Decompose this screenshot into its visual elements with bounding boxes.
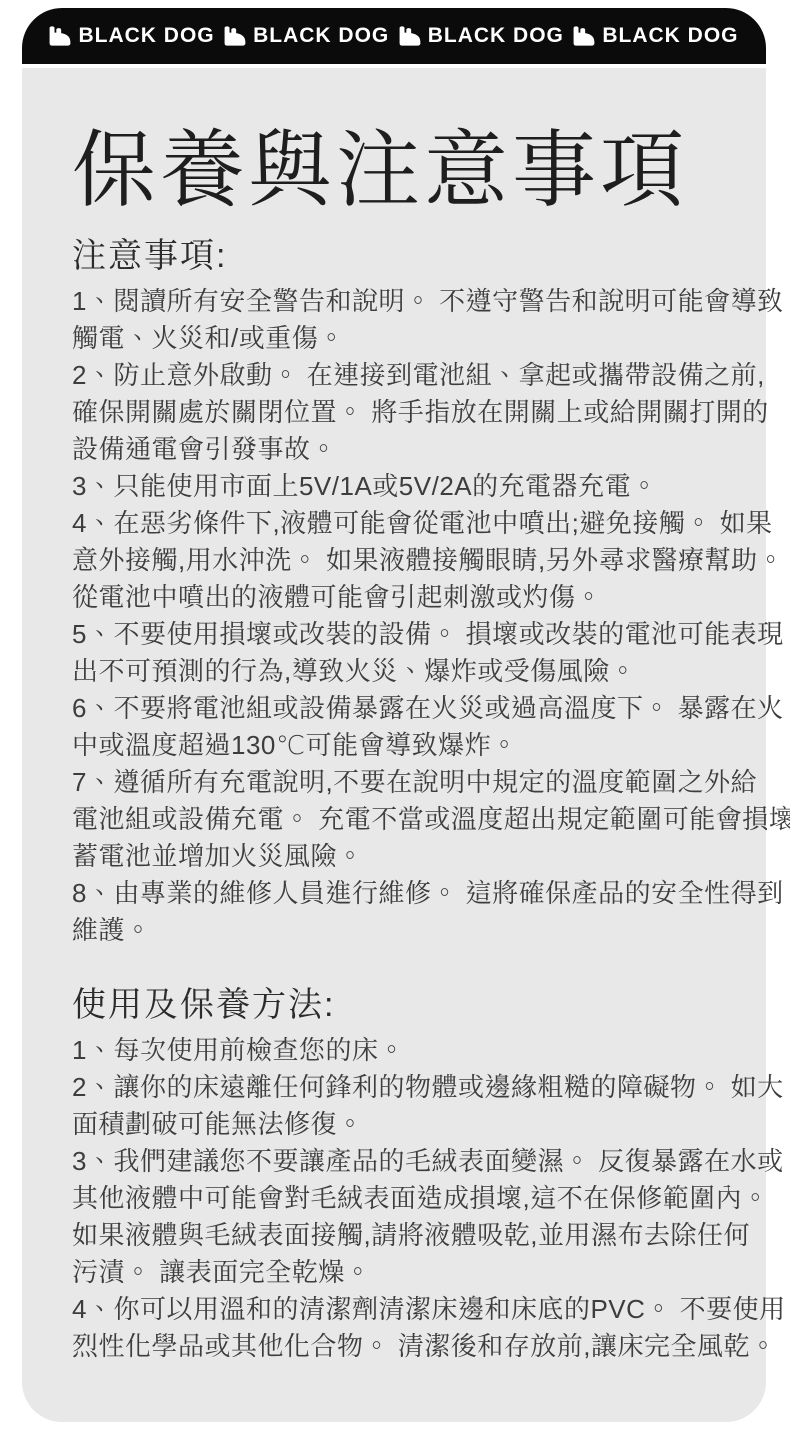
brand-logo: BLACK DOG (224, 24, 389, 48)
text-line: 設備通電會引發事故。 (72, 431, 722, 468)
text-line: 意外接觸,用水沖洗。 如果液體接觸眼睛,另外尋求醫療幫助。 (72, 542, 722, 579)
text-line: 4、在惡劣條件下,液體可能會從電池中噴出;避免接觸。 如果 (72, 505, 722, 542)
text-line: 觸電、火災和/或重傷。 (72, 320, 722, 357)
text-line: 電池組或設備充電。 充電不當或溫度超出規定範圍可能會損壞 (72, 801, 722, 838)
text-line: 2、讓你的床遠離任何鋒利的物體或邊緣粗糙的障礙物。 如大 (72, 1069, 722, 1106)
brand-logo-text: BLACK DOG (253, 24, 389, 48)
usage-care-body: 1、每次使用前檢查您的床。 2、讓你的床遠離任何鋒利的物體或邊緣粗糙的障礙物。 … (72, 1032, 722, 1365)
text-line: 1、每次使用前檢查您的床。 (72, 1032, 722, 1069)
care-card: 保養與注意事項 注意事項: 1、閱讀所有安全警告和說明。 不遵守警告和說明可能會… (22, 68, 766, 1422)
section-precautions: 注意事項: 1、閱讀所有安全警告和說明。 不遵守警告和說明可能會導致 觸電、火災… (72, 236, 722, 949)
precautions-body: 1、閱讀所有安全警告和說明。 不遵守警告和說明可能會導致 觸電、火災和/或重傷。… (72, 283, 722, 949)
care-sheet: BLACK DOG BLACK DOG BLACK DOG (22, 8, 766, 1422)
text-line: 3、只能使用市面上5V/1A或5V/2A的充電器充電。 (72, 468, 722, 505)
usage-care-heading: 使用及保養方法: (72, 985, 722, 1026)
brand-logo-text: BLACK DOG (602, 24, 738, 48)
text-line: 1、閱讀所有安全警告和說明。 不遵守警告和說明可能會導致 (72, 283, 722, 320)
text-line: 確保開關處於關閉位置。 將手指放在開關上或給開關打開的 (72, 394, 722, 431)
page-title: 保養與注意事項 (72, 120, 722, 220)
text-line: 6、不要將電池組或設備暴露在火災或過高溫度下。 暴露在火 (72, 690, 722, 727)
text-line: 烈性化學品或其他化合物。 清潔後和存放前,讓床完全風乾。 (72, 1328, 722, 1365)
text-line: 從電池中噴出的液體可能會引起刺激或灼傷。 (72, 579, 722, 616)
text-line: 出不可預測的行為,導致火災、爆炸或受傷風險。 (72, 653, 722, 690)
brand-logo: BLACK DOG (399, 24, 564, 48)
text-line: 維護。 (72, 912, 722, 949)
dog-icon (399, 26, 421, 46)
text-line: 中或溫度超過130℃可能會導致爆炸。 (72, 727, 722, 764)
text-line: 5、不要使用損壞或改裝的設備。 損壞或改裝的電池可能表現 (72, 616, 722, 653)
dog-icon (224, 26, 246, 46)
text-line: 污漬。 讓表面完全乾燥。 (72, 1254, 722, 1291)
brand-banner: BLACK DOG BLACK DOG BLACK DOG (22, 8, 766, 64)
brand-logo: BLACK DOG (573, 24, 738, 48)
brand-logo: BLACK DOG (49, 24, 214, 48)
dog-icon (49, 26, 71, 46)
text-line: 7、遵循所有充電說明,不要在說明中規定的溫度範圍之外給 (72, 764, 722, 801)
brand-logo-text: BLACK DOG (78, 24, 214, 48)
brand-logo-text: BLACK DOG (428, 24, 564, 48)
text-line: 2、防止意外啟動。 在連接到電池組、拿起或攜帶設備之前, (72, 357, 722, 394)
text-line: 如果液體與毛絨表面接觸,請將液體吸乾,並用濕布去除任何 (72, 1217, 722, 1254)
precautions-heading: 注意事項: (72, 236, 722, 277)
text-line: 3、我們建議您不要讓產品的毛絨表面變濕。 反復暴露在水或 (72, 1143, 722, 1180)
section-usage-care: 使用及保養方法: 1、每次使用前檢查您的床。 2、讓你的床遠離任何鋒利的物體或邊… (72, 985, 722, 1365)
text-line: 蓄電池並增加火災風險。 (72, 838, 722, 875)
dog-icon (573, 26, 595, 46)
text-line: 面積劃破可能無法修復。 (72, 1106, 722, 1143)
text-line: 4、你可以用溫和的清潔劑清潔床邊和床底的PVC。 不要使用 (72, 1291, 722, 1328)
text-line: 其他液體中可能會對毛絨表面造成損壞,這不在保修範圍內。 (72, 1180, 722, 1217)
text-line: 8、由專業的維修人員進行維修。 這將確保產品的安全性得到 (72, 875, 722, 912)
